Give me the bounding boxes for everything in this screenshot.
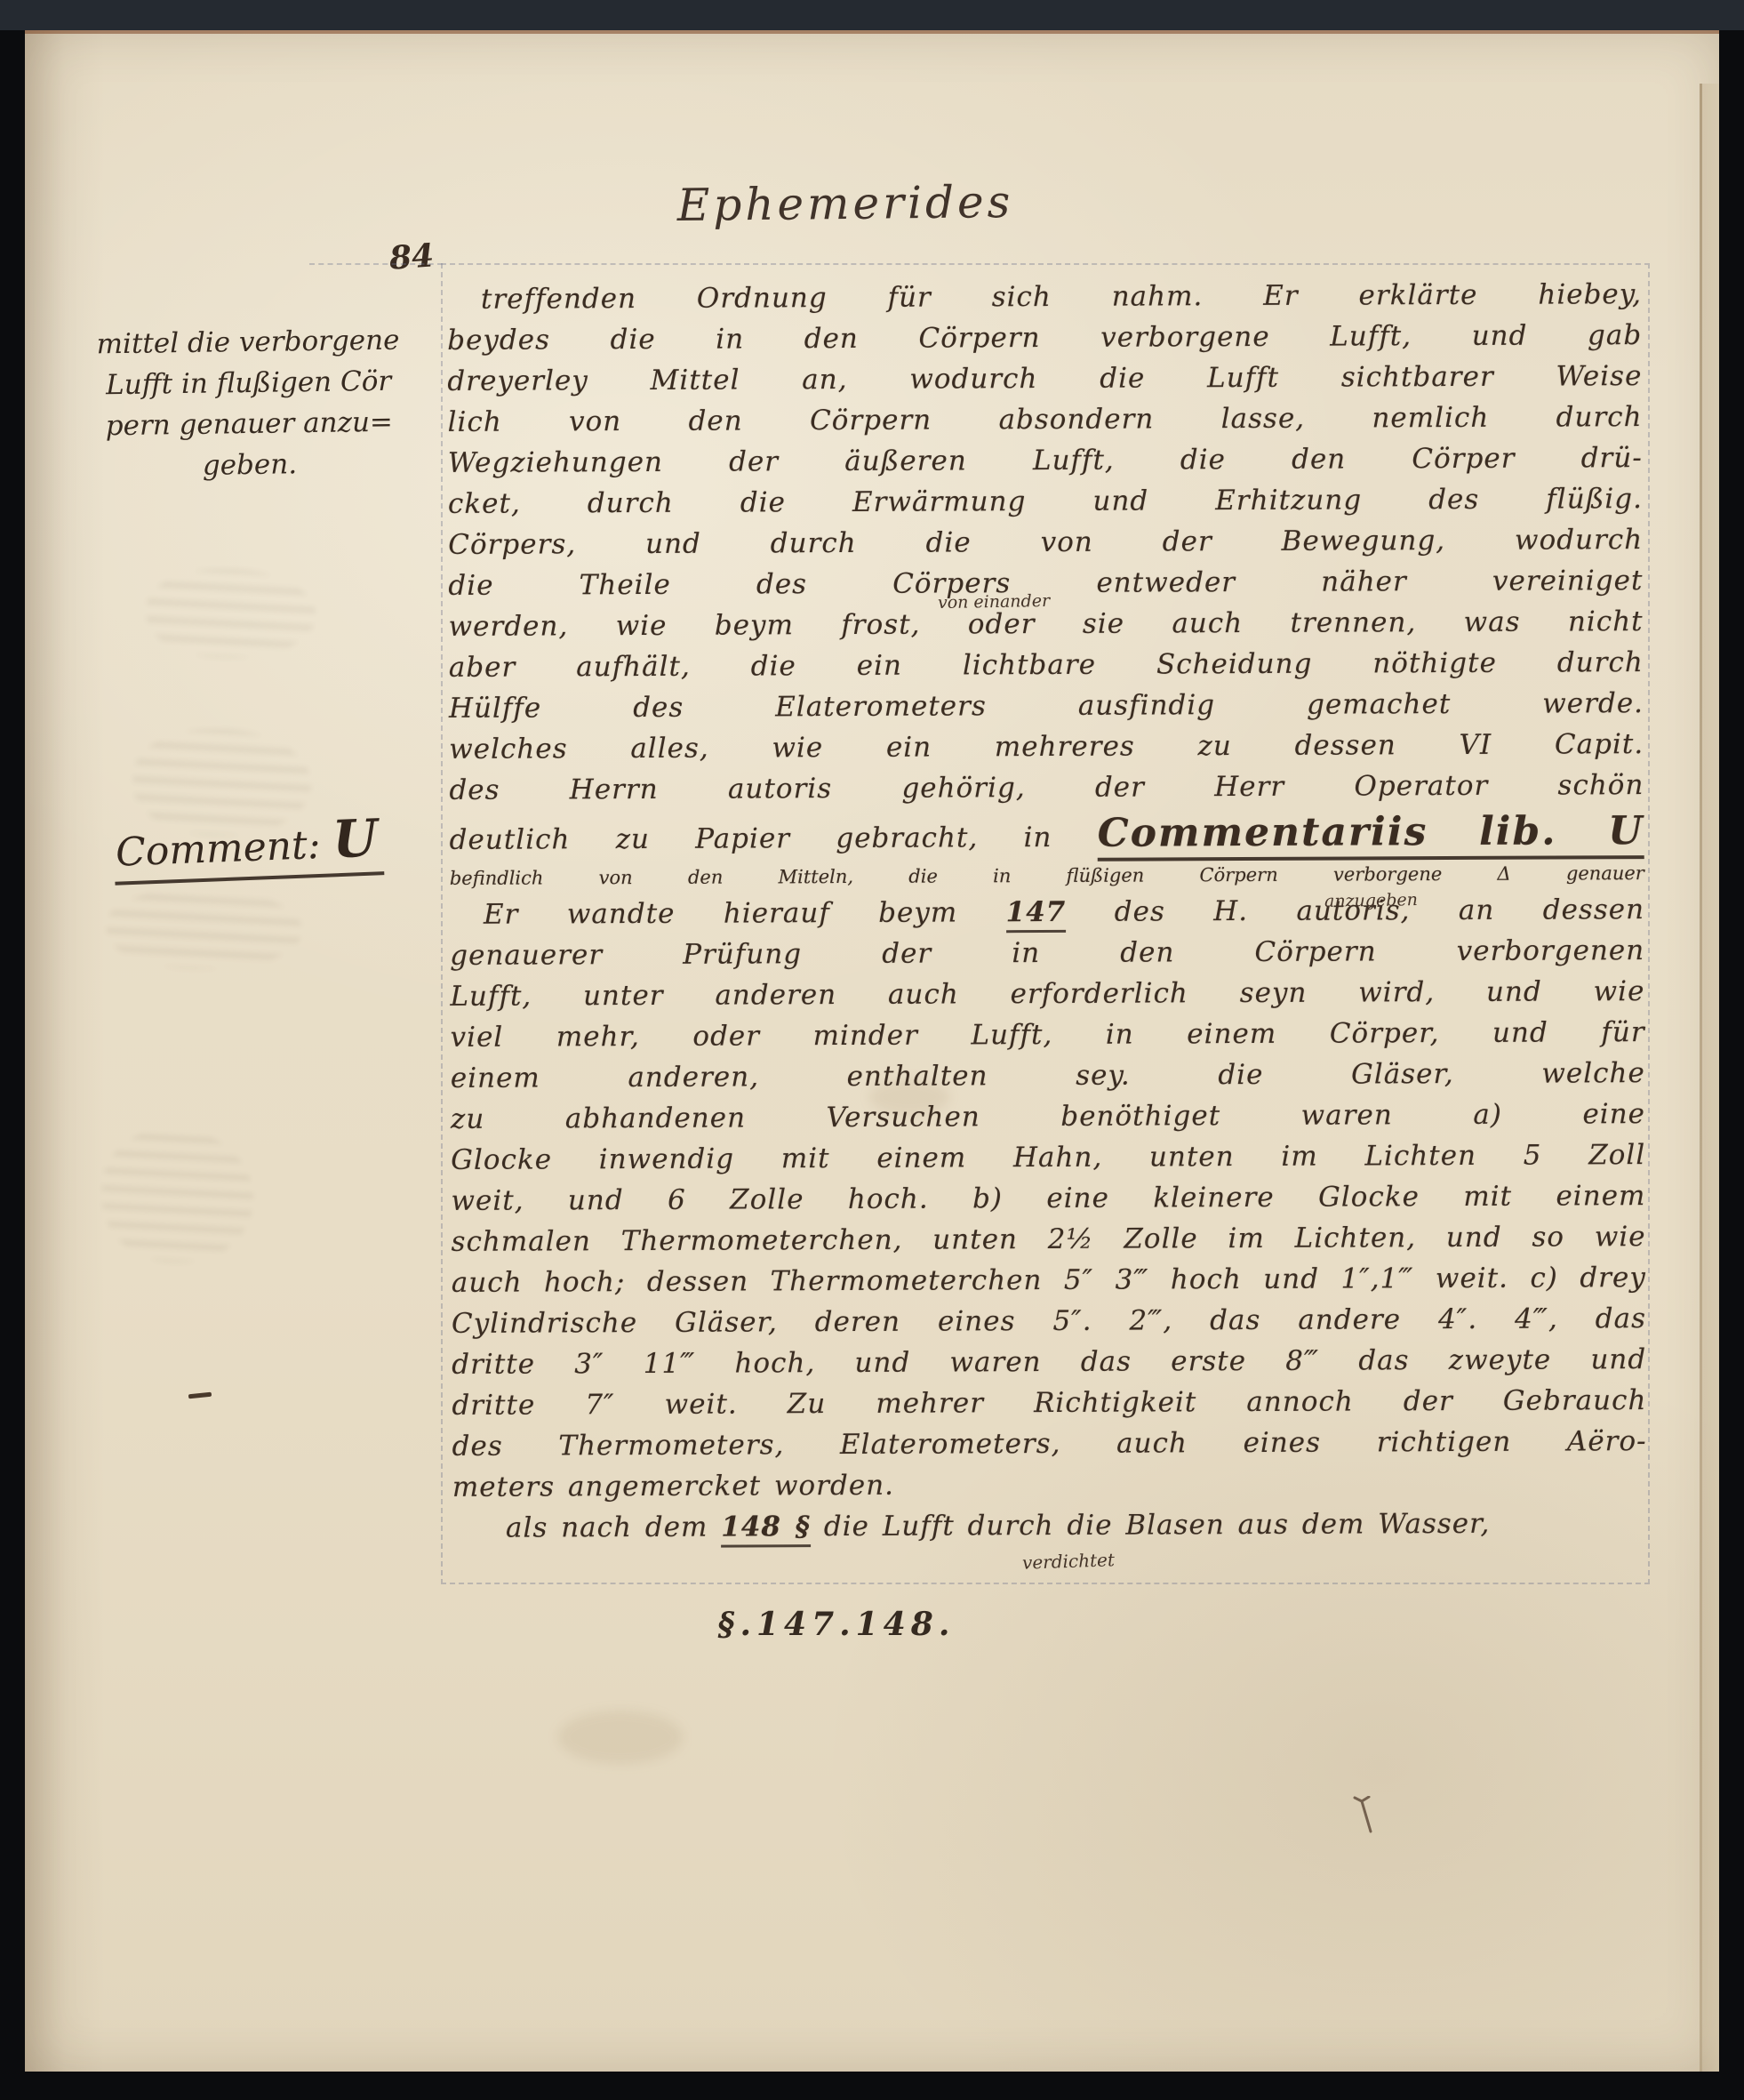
manuscript-text: lich von den Cörpern absondern lasse, ne… — [448, 401, 1643, 438]
manuscript-line: cket, durch die Erwärmung und Erhitzung … — [448, 479, 1643, 525]
manuscript-text: dreyerley Mittel an, wodurch die Lufft s… — [447, 360, 1642, 397]
comment-label: Comment: — [115, 822, 321, 876]
bleedthrough-ghost — [102, 1129, 253, 1262]
manuscript-text: auch hoch; dessen Thermometerchen 5″ 3‴ … — [452, 1262, 1646, 1299]
ink-speck — [188, 1392, 212, 1399]
manuscript-text: Hülffe des Elaterometers ausfindig gemac… — [449, 687, 1644, 725]
manuscript-line: dritte 7″ weit. Zu mehrer Richtigkeit an… — [452, 1381, 1646, 1427]
manuscript-text: beydes die in den Cörpern verborgene Luf… — [447, 319, 1642, 357]
manuscript-text: des Herrn autoris gehörig, der Herr Oper… — [449, 769, 1644, 806]
manuscript-text: Er wandte hierauf beym — [484, 896, 1006, 931]
manuscript-text: einem anderen, enthalten sey. die Gläser… — [451, 1057, 1645, 1094]
manuscript-line: schmalen Thermometerchen, unten 2½ Zolle… — [452, 1217, 1646, 1263]
manuscript-line: deutlich zu Papier gebracht, in Commenta… — [450, 806, 1644, 865]
manuscript-line: meters angemercket worden. — [452, 1463, 1647, 1509]
page-header: Ephemerides — [25, 169, 1667, 237]
scan-border-top — [0, 0, 1744, 30]
manuscript-line: als nach dem 148 § die Lufft durch die B… — [452, 1503, 1647, 1550]
manuscript-line: dritte 3″ 11‴ hoch, und waren das erste … — [452, 1340, 1646, 1386]
manuscript-line: dreyerley Mittel an, wodurch die Lufft s… — [447, 357, 1642, 403]
manuscript-line: auch hoch; dessen Thermometerchen 5″ 3‴ … — [452, 1258, 1646, 1304]
manuscript-text: Glocke inwendig mit einem Hahn, unten im… — [451, 1139, 1645, 1176]
manuscript-line: Lufft, unter anderen auch erforderlich s… — [450, 972, 1644, 1018]
manuscript-line: genauerer Prüfung der in den Cörpern ver… — [450, 931, 1644, 977]
manuscript-text: dritte 7″ weit. Zu mehrer Richtigkeit an… — [452, 1384, 1646, 1422]
margin-comment: Comment: U — [113, 807, 385, 886]
bleedthrough-ghost — [107, 889, 302, 969]
manuscript-emphasis: 147 — [1006, 896, 1067, 933]
manuscript-text: cket, durch die Erwärmung und Erhitzung … — [448, 483, 1643, 520]
manuscript-text: zu abhandenen Versuchen benöthiget waren… — [451, 1098, 1645, 1135]
catchword: verdichtet — [1022, 1549, 1116, 1574]
manuscript-line: Hülffe des Elaterometers ausfindig gemac… — [449, 684, 1644, 730]
manuscript-text: schmalen Thermometerchen, unten 2½ Zolle… — [452, 1221, 1646, 1258]
manuscript-text: als nach dem — [506, 1511, 721, 1544]
manuscript-emphasis: Commentariis lib. U — [1098, 808, 1644, 862]
manuscript-text: genauerer Prüfung der in den Cörpern ver… — [450, 934, 1644, 972]
interlinear-insertion: von einander — [938, 591, 1050, 613]
manuscript-line: des Thermometers, Elaterometers, auch ei… — [452, 1422, 1647, 1468]
manuscript-lines: treffenden Ordnung für sich nahm. Er erk… — [447, 275, 1647, 1550]
manuscript-line: beydes die in den Cörpern verborgene Luf… — [447, 316, 1642, 362]
page-number: 84 — [388, 236, 436, 277]
manuscript-text: weit, und 6 Zolle hoch. b) eine kleinere… — [451, 1180, 1645, 1217]
manuscript-text: des Thermometers, Elaterometers, auch ei… — [452, 1425, 1647, 1463]
manuscript-text: werden, wie beym frost, oder sie auch tr… — [449, 605, 1644, 643]
next-page-edge — [1700, 84, 1719, 2072]
manuscript-line: Wegziehungen der äußeren Lufft, die den … — [448, 438, 1643, 485]
ruled-line — [309, 263, 443, 265]
manuscript-line: weit, und 6 Zolle hoch. b) eine kleinere… — [451, 1176, 1645, 1222]
scanned-page: 84 Ephemerides mittel die verborgene Luf… — [0, 0, 1744, 2100]
manuscript-line: Cörpers, und durch die von der Bewegung,… — [448, 520, 1643, 566]
manuscript-page: 84 Ephemerides mittel die verborgene Luf… — [25, 30, 1719, 2072]
manuscript-line: zu abhandenen Versuchen benöthiget waren… — [451, 1094, 1645, 1141]
manuscript-text: deutlich zu Papier gebracht, in — [450, 822, 1098, 856]
paper-stain — [558, 1711, 683, 1764]
manuscript-text: meters angemercket worden. — [452, 1470, 894, 1503]
margin-note-line: Lufft in flußigen Cör — [70, 360, 427, 406]
manuscript-emphasis: 148 § — [721, 1511, 811, 1547]
manuscript-line: aber aufhält, die ein lichtbare Scheidun… — [449, 643, 1644, 689]
manuscript-text: Cörpers, und durch die von der Bewegung,… — [448, 524, 1643, 561]
manuscript-line: Er wandte hierauf beym 147 des H. autori… — [450, 890, 1644, 936]
manuscript-line: befindlich von den Mitteln, die in flüßi… — [450, 860, 1644, 895]
section-footer: §.147.148. — [25, 1606, 1648, 1643]
manuscript-text: Cylindrische Gläser, deren eines 5″. 2‴,… — [452, 1302, 1646, 1340]
manuscript-text: aber aufhält, die ein lichtbare Scheidun… — [449, 646, 1644, 684]
margin-note-line: pern genauer anzu= — [71, 401, 428, 447]
manuscript-text: viel mehr, oder minder Lufft, in einem C… — [451, 1016, 1645, 1054]
manuscript-line: welches alles, wie ein mehreres zu desse… — [449, 725, 1644, 771]
manuscript-text: treffenden Ordnung für sich nahm. Er erk… — [481, 278, 1642, 316]
manuscript-line: einem anderen, enthalten sey. die Gläser… — [451, 1054, 1645, 1100]
manuscript-line: Glocke inwendig mit einem Hahn, unten im… — [451, 1135, 1645, 1182]
manuscript-text: dritte 3″ 11‴ hoch, und waren das erste … — [452, 1343, 1646, 1381]
manuscript-text: welches alles, wie ein mehreres zu desse… — [449, 728, 1644, 765]
bleedthrough-ghost — [147, 569, 316, 658]
margin-note-line: mittel die verborgene — [70, 319, 427, 365]
manuscript-line: des Herrn autoris gehörig, der Herr Oper… — [449, 765, 1644, 812]
pen-mark-icon — [1351, 1796, 1381, 1839]
margin-note-line: geben. — [72, 442, 428, 488]
manuscript-line: Cylindrische Gläser, deren eines 5″. 2‴,… — [452, 1299, 1646, 1345]
manuscript-line: viel mehr, oder minder Lufft, in einem C… — [451, 1013, 1645, 1059]
manuscript-line: treffenden Ordnung für sich nahm. Er erk… — [447, 275, 1642, 321]
manuscript-line: lich von den Cörpern absondern lasse, ne… — [447, 397, 1642, 444]
manuscript-text: Wegziehungen der äußeren Lufft, die den … — [448, 442, 1643, 479]
manuscript-text: die Lufft durch die Blasen aus dem Wasse… — [811, 1508, 1491, 1543]
manuscript-text: befindlich von den Mitteln, die in flüßi… — [450, 862, 1644, 889]
comment-reference: U — [332, 807, 379, 870]
interlinear-insertion: anzugeben — [1324, 890, 1418, 911]
margin-summary-note: mittel die verborgene Lufft in flußigen … — [70, 319, 428, 488]
page-top-edge — [25, 30, 1719, 34]
manuscript-text: Lufft, unter anderen auch erforderlich s… — [450, 975, 1644, 1013]
